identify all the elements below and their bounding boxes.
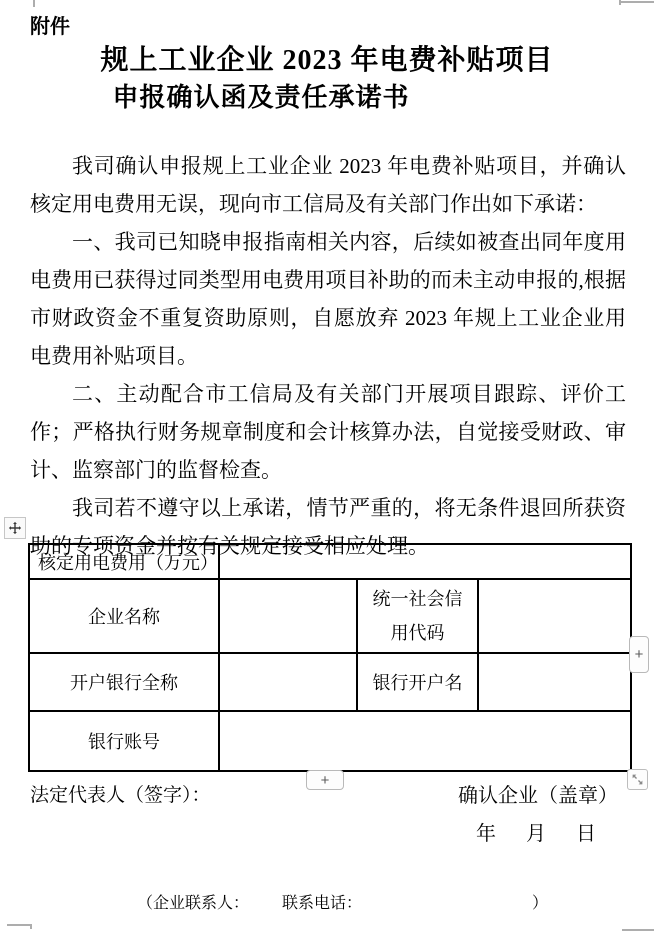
cell-label-company-name: 企业名称 [29,579,219,653]
document-title-line2: 申报确认函及责任承诺书 [0,77,588,114]
cell-value-unified-social-credit-code[interactable] [478,579,631,653]
move-icon [8,521,22,535]
table-resize-handle[interactable] [627,769,648,790]
paragraph-commitment-1: 一、我司已知晓申报指南相关内容，后续如被查出同年度用电费用已获得过同类型用电费用… [30,223,626,375]
paragraph-intro: 我司确认申报规上工业企业 2023 年电费补贴项目，并确认核定用电费用无误，现向… [30,147,626,223]
table-add-column-button[interactable]: + [629,636,649,673]
margin-mark-bottom-left [7,924,32,926]
date-line: 年 月 日 [476,817,596,846]
resize-diagonal-icon [631,773,644,786]
cell-value-bank-account-name[interactable] [478,653,631,711]
margin-mark-top-right [619,1,654,3]
contact-line: （企业联系人： 联系电话： ） [137,890,548,913]
margin-mark-bottom-right [622,929,654,931]
cell-label-approved-electricity-fee: 核定用电费用（万元） [29,544,219,579]
cell-label-bank-account-name: 银行开户名 [357,653,478,711]
table-row: 核定用电费用（万元） [29,544,631,579]
table-row: 企业名称 统一社会信用代码 [29,579,631,653]
plus-icon: + [635,647,644,662]
paragraph-commitment-2: 二、主动配合市工信局及有关部门开展项目跟踪、评价工作；严格执行财务规章制度和会计… [30,375,626,489]
plus-icon: + [321,773,330,788]
body-paragraphs: 我司确认申报规上工业企业 2023 年电费补贴项目，并确认核定用电费用无误，现向… [30,147,626,565]
contact-person-label: （企业联系人： [137,890,249,913]
date-day-label: 日 [576,817,596,846]
margin-mark-bottom-left-tick [30,924,32,929]
info-table: 核定用电费用（万元） 企业名称 统一社会信用代码 开户银行全称 银行开户名 银行… [28,543,632,772]
table-row: 开户银行全称 银行开户名 [29,653,631,711]
table-add-row-button[interactable]: + [306,770,344,790]
margin-mark-top-right-tick [619,0,621,5]
contact-phone-label: 联系电话： [282,890,362,913]
confirm-company-seal-label: 确认企业（盖章） [458,779,618,808]
cell-value-approved-electricity-fee[interactable] [219,544,631,579]
cell-value-bank-full-name[interactable] [219,653,357,711]
margin-mark-top-left [33,0,35,7]
legal-representative-signature-label: 法定代表人（签字）： [30,780,211,807]
contact-close-paren: ） [532,890,548,913]
date-year-label: 年 [476,817,496,846]
cell-label-unified-social-credit-code: 统一社会信用代码 [357,579,478,653]
document-page: 附件 规上工业企业 2023 年电费补贴项目 申报确认函及责任承诺书 我司确认申… [0,0,654,936]
attachment-label: 附件 [30,10,70,39]
table-row: 银行账号 [29,711,631,771]
table-move-handle[interactable] [4,517,26,539]
cell-value-company-name[interactable] [219,579,357,653]
cell-label-bank-account-number: 银行账号 [29,711,219,771]
date-month-label: 月 [526,817,546,846]
cell-value-bank-account-number[interactable] [219,711,631,771]
document-title-line1: 规上工业企业 2023 年电费补贴项目 [0,38,654,78]
cell-label-bank-full-name: 开户银行全称 [29,653,219,711]
